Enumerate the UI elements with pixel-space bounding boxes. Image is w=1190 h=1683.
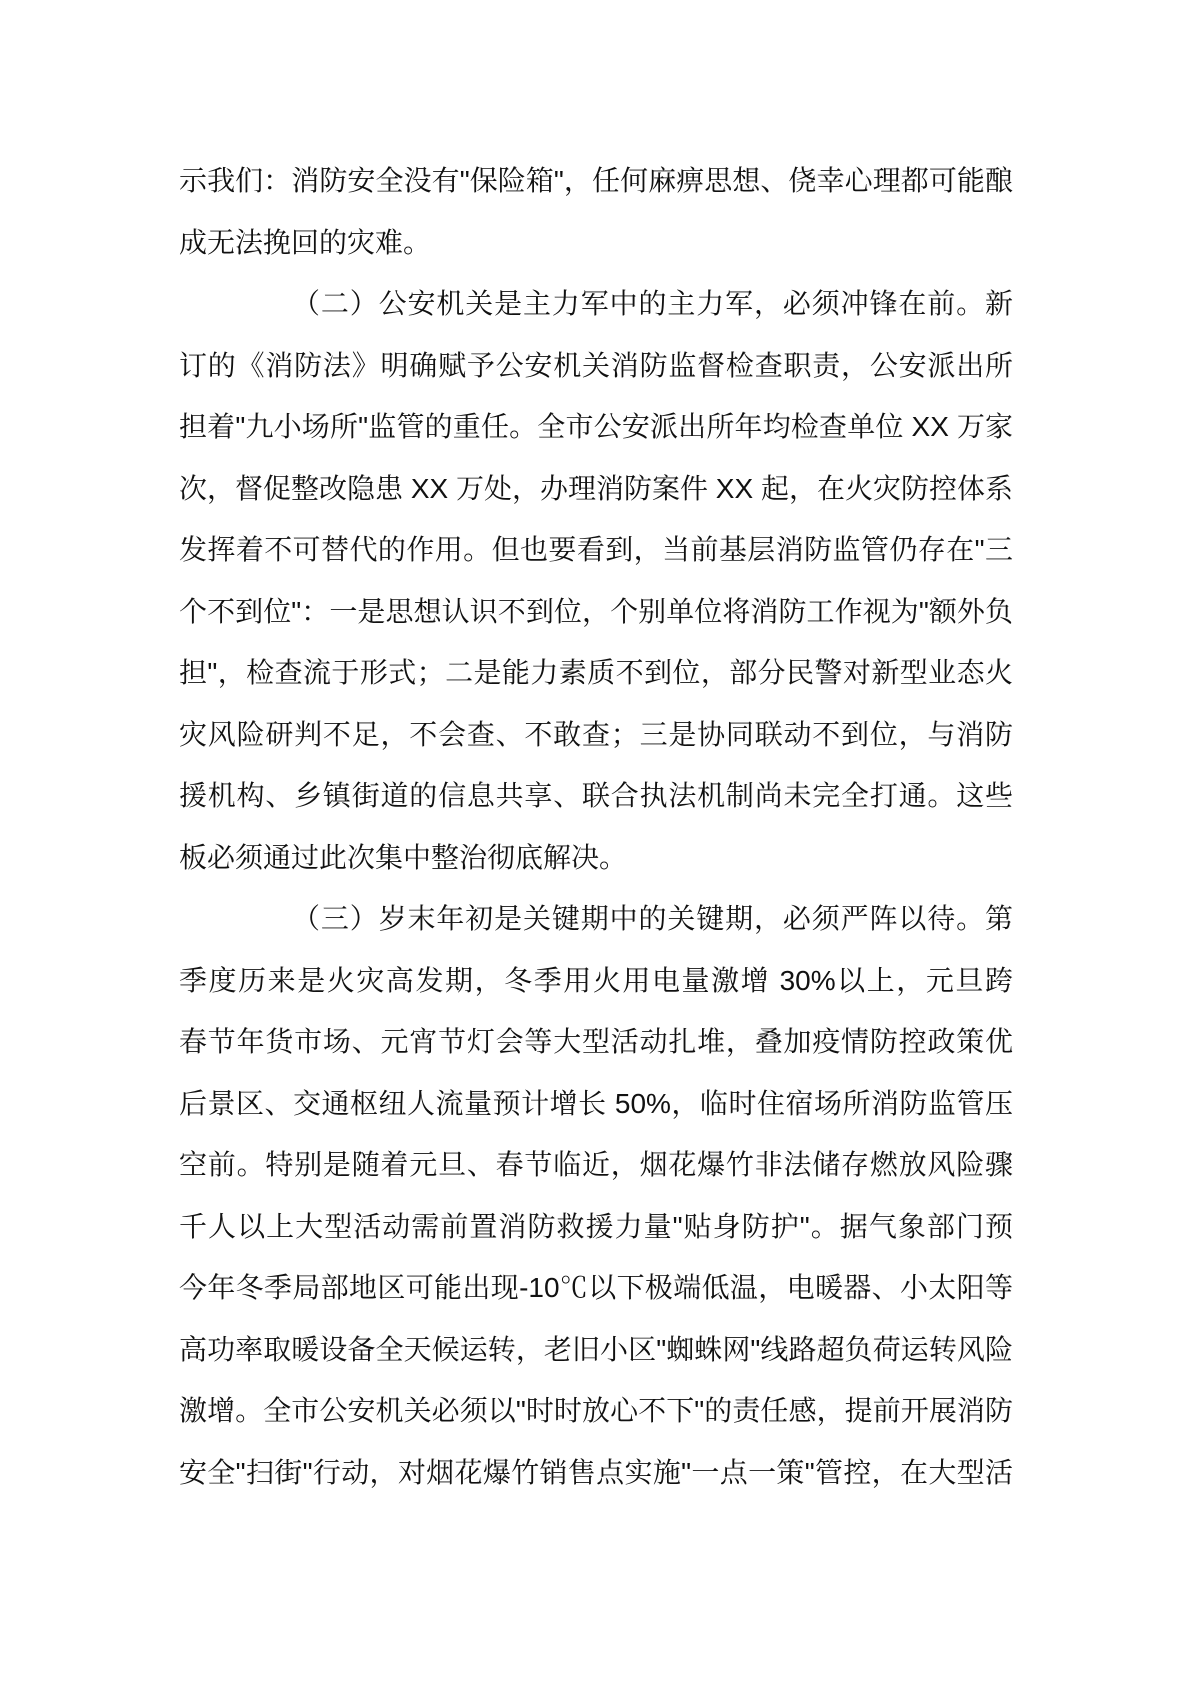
text-block: 示我们：消防安全没有"保险箱"，任何麻痹思想、侥幸心理都可能酿 成无法挽回的灾难… (179, 150, 1013, 1503)
text-line: 担着"九小场所"监管的重任。全市公安派出所年均检查单位 XX 万家 (179, 396, 1013, 458)
text-line: 担"，检查流于形式；二是能力素质不到位，部分民警对新型业态火 (179, 642, 1013, 704)
text-line: 次，督促整改隐患 XX 万处，办理消防案件 XX 起，在火灾防控体系中 (179, 458, 1013, 520)
text-line: 今年冬季局部地区可能出现-10℃以下极端低温，电暖器、小太阳等 (179, 1257, 1013, 1319)
document-page: 示我们：消防安全没有"保险箱"，任何麻痹思想、侥幸心理都可能酿 成无法挽回的灾难… (0, 0, 1190, 1683)
text-line: （三）岁末年初是关键期中的关键期，必须严阵以待。第四 (179, 888, 1013, 950)
paragraph-point-2: （二）公安机关是主力军中的主力军，必须冲锋在前。新修 订的《消防法》明确赋予公安… (179, 273, 1013, 888)
text-line: 激增。全市公安机关必须以"时时放心不下"的责任感，提前开展消防 (179, 1380, 1013, 1442)
text-line: 援机构、乡镇街道的信息共享、联合执法机制尚未完全打通。这些短 (179, 765, 1013, 827)
text-line: 季度历来是火灾高发期，冬季用火用电量激增 30%以上，元旦跨年、 (179, 950, 1013, 1012)
text-line: 后景区、交通枢纽人流量预计增长 50%，临时住宿场所消防监管压力 (179, 1073, 1013, 1135)
text-line: 春节年货市场、元宵节灯会等大型活动扎堆，叠加疫情防控政策优化 (179, 1011, 1013, 1073)
text-line: 安全"扫街"行动，对烟花爆竹销售点实施"一点一策"管控，在大型活 (179, 1442, 1013, 1504)
paragraph-point-3: （三）岁末年初是关键期中的关键期，必须严阵以待。第四 季度历来是火灾高发期，冬季… (179, 888, 1013, 1503)
text-line: 示我们：消防安全没有"保险箱"，任何麻痹思想、侥幸心理都可能酿 (179, 150, 1013, 212)
text-line: 板必须通过此次集中整治彻底解决。 (179, 827, 1013, 889)
text-line: 高功率取暖设备全天候运转，老旧小区"蜘蛛网"线路超负荷运转风险 (179, 1319, 1013, 1381)
text-line: 灾风险研判不足，不会查、不敢查；三是协同联动不到位，与消防救 (179, 704, 1013, 766)
text-line: （二）公安机关是主力军中的主力军，必须冲锋在前。新修 (179, 273, 1013, 335)
text-line: 订的《消防法》明确赋予公安机关消防监督检查职责，公安派出所承 (179, 335, 1013, 397)
text-line: 空前。特别是随着元旦、春节临近，烟花爆竹非法储存燃放风险骤增， (179, 1134, 1013, 1196)
text-line: 千人以上大型活动需前置消防救援力量"贴身防护"。据气象部门预测， (179, 1196, 1013, 1258)
paragraph-continuation: 示我们：消防安全没有"保险箱"，任何麻痹思想、侥幸心理都可能酿 成无法挽回的灾难… (179, 150, 1013, 273)
text-line: 个不到位"：一是思想认识不到位，个别单位将消防工作视为"额外负 (179, 581, 1013, 643)
text-line: 发挥着不可替代的作用。但也要看到，当前基层消防监管仍存在"三 (179, 519, 1013, 581)
text-line: 成无法挽回的灾难。 (179, 212, 1013, 274)
